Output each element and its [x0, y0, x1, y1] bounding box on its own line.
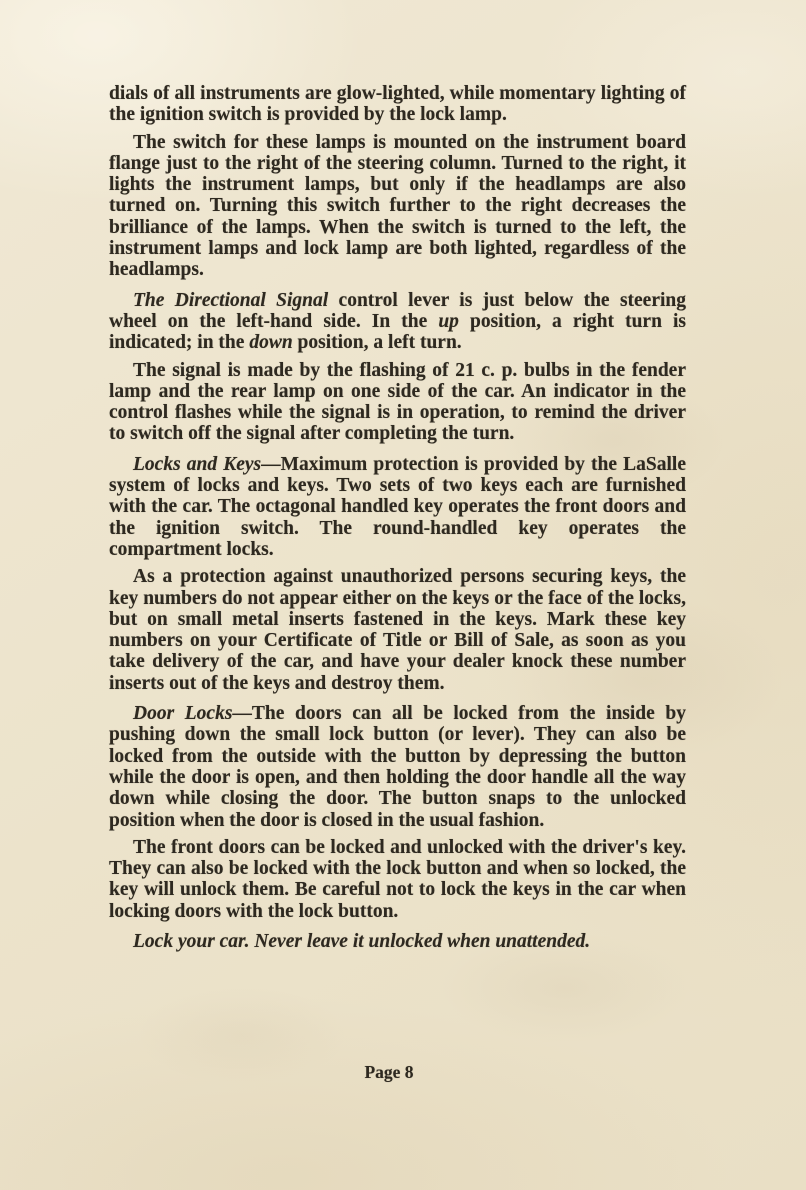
- paragraph-locks-and-keys: Locks and Keys—Maximum protection is pro…: [109, 454, 686, 560]
- body-text: dials of all instruments are glow-lighte…: [109, 83, 686, 958]
- text-run: The signal is made by the flashing of 21…: [109, 360, 686, 445]
- paragraph-lamp-switch: The switch for these lamps is mounted on…: [109, 132, 686, 281]
- italic-run: Locks and Keys: [133, 454, 261, 475]
- paragraph-key-numbers: As a protection against unauthorized per…: [109, 566, 686, 694]
- manual-page: dials of all instruments are glow-lighte…: [0, 0, 806, 1190]
- text-run: As a protection against unauthorized per…: [109, 566, 686, 693]
- paragraph-lock-your-car-warning: Lock your car. Never leave it unlocked w…: [109, 931, 686, 952]
- italic-run: up: [438, 311, 459, 332]
- paragraph-front-door-locks: The front doors can be locked and unlock…: [109, 837, 686, 922]
- text-run: dials of all instruments are glow-lighte…: [109, 83, 686, 125]
- text-run: The front doors can be locked and unlock…: [109, 837, 686, 922]
- italic-run: The Directional Signal: [133, 290, 328, 311]
- text-run: position, a left turn.: [293, 332, 462, 353]
- italic-run: down: [249, 332, 292, 353]
- page-number: Page 8: [109, 1062, 669, 1083]
- paragraph-door-locks: Door Locks—The doors can all be locked f…: [109, 703, 686, 831]
- paragraph-directional-signal: The Directional Signal control lever is …: [109, 290, 686, 354]
- text-run: The switch for these lamps is mounted on…: [109, 132, 686, 281]
- italic-run: Lock your car. Never leave it unlocked w…: [133, 931, 590, 952]
- italic-run: Door Locks: [133, 703, 232, 724]
- paragraph-signal-flashing: The signal is made by the flashing of 21…: [109, 360, 686, 445]
- paragraph-instrument-lighting-continuation: dials of all instruments are glow-lighte…: [109, 83, 686, 126]
